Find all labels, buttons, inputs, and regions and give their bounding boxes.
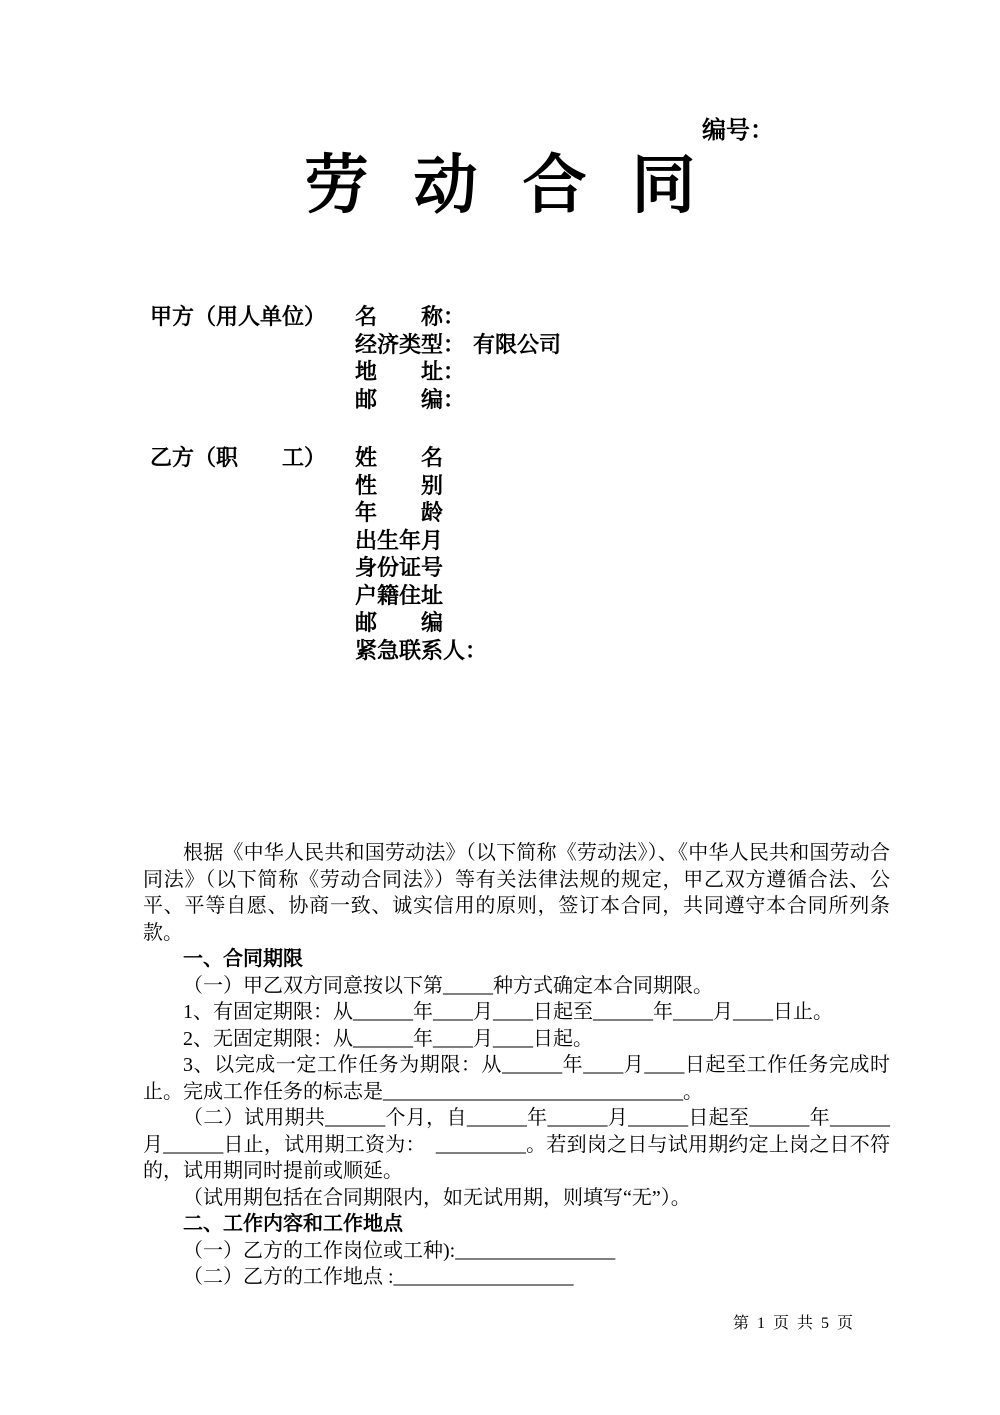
field-label: 紧急联系人：	[355, 638, 487, 663]
field-label: 户籍住址	[355, 583, 443, 608]
doc-number: 编号：	[702, 116, 774, 147]
clause-2-2: （二）乙方的工作地点 :__________________	[143, 1264, 890, 1291]
page-footer: 第 1 页 共 5 页	[733, 1310, 855, 1333]
field-row-birthdate: 出生年月	[355, 527, 495, 555]
party-a-section: 甲方（用人单位） 名 称： 经济类型：有限公司 地 址： 邮 编：	[150, 303, 561, 413]
clause-1-1-item-2: 2、无固定期限：从______年____月____日起。	[143, 1026, 890, 1053]
field-row-postcode: 邮 编：	[355, 386, 561, 414]
section-heading-2: 二、工作内容和工作地点	[143, 1211, 890, 1238]
field-label: 邮 编：	[355, 387, 465, 412]
field-row-gender: 性 别	[355, 472, 495, 500]
preamble-paragraph: 根据《中华人民共和国劳动法》（以下简称《劳动法》）、《中华人民共和国劳动合同法》…	[143, 840, 890, 946]
field-row-address: 地 址：	[355, 358, 561, 386]
field-label: 出生年月	[355, 528, 443, 553]
clause-2-1: （一）乙方的工作岗位或工种):________________	[143, 1238, 890, 1265]
field-row-name: 名 称：	[355, 303, 561, 331]
clause-1-1-item-3: 3、以完成一定工作任务为期限：从______年____月____日起至工作任务完…	[143, 1052, 890, 1105]
field-row-postcode: 邮 编	[355, 609, 495, 637]
clause-1-2: （二）试用期共______个月，自______年______月______日起至…	[143, 1105, 890, 1185]
field-row-name: 姓 名	[355, 444, 495, 472]
party-a-fields: 名 称： 经济类型：有限公司 地 址： 邮 编：	[355, 303, 561, 413]
field-label: 年 龄	[355, 500, 443, 525]
field-row-emergency-contact: 紧急联系人：	[355, 637, 495, 665]
party-b-label: 乙方（职 工）	[150, 444, 355, 472]
field-label: 性 别	[355, 473, 443, 498]
clause-1-note: （试用期包括在合同期限内，如无试用期，则填写“无”）。	[143, 1185, 890, 1212]
field-label: 地 址：	[355, 359, 465, 384]
field-row-age: 年 龄	[355, 499, 495, 527]
field-value: 有限公司	[473, 332, 561, 357]
doc-number-label: 编号：	[702, 118, 774, 144]
section-heading-1: 一、合同期限	[143, 946, 890, 973]
field-label: 身份证号	[355, 555, 443, 580]
party-b-section: 乙方（职 工） 姓 名 性 别 年 龄 出生年月 身份证号 户籍住址 邮 编	[150, 444, 495, 664]
field-label: 邮 编	[355, 610, 443, 635]
field-row-registered-address: 户籍住址	[355, 582, 495, 610]
party-b-fields: 姓 名 性 别 年 龄 出生年月 身份证号 户籍住址 邮 编 紧急联系人：	[355, 444, 495, 664]
clause-1-1: （一）甲乙双方同意按以下第_____种方式确定本合同期限。	[143, 973, 890, 1000]
field-row-id-number: 身份证号	[355, 554, 495, 582]
contract-page: 编号： 劳 动 合 同 甲方（用人单位） 名 称： 经济类型：有限公司 地 址：…	[0, 0, 1000, 1415]
field-label: 名 称：	[355, 304, 465, 329]
clause-1-1-item-1: 1、有固定期限：从______年____月____日起至______年____月…	[143, 999, 890, 1026]
contract-body: 根据《中华人民共和国劳动法》（以下简称《劳动法》）、《中华人民共和国劳动合同法》…	[143, 840, 890, 1291]
doc-title: 劳 动 合 同	[0, 146, 1000, 226]
party-a-label: 甲方（用人单位）	[150, 303, 355, 331]
field-label: 经济类型：	[355, 332, 465, 357]
field-row-economic-type: 经济类型：有限公司	[355, 331, 561, 359]
field-label: 姓 名	[355, 445, 443, 470]
